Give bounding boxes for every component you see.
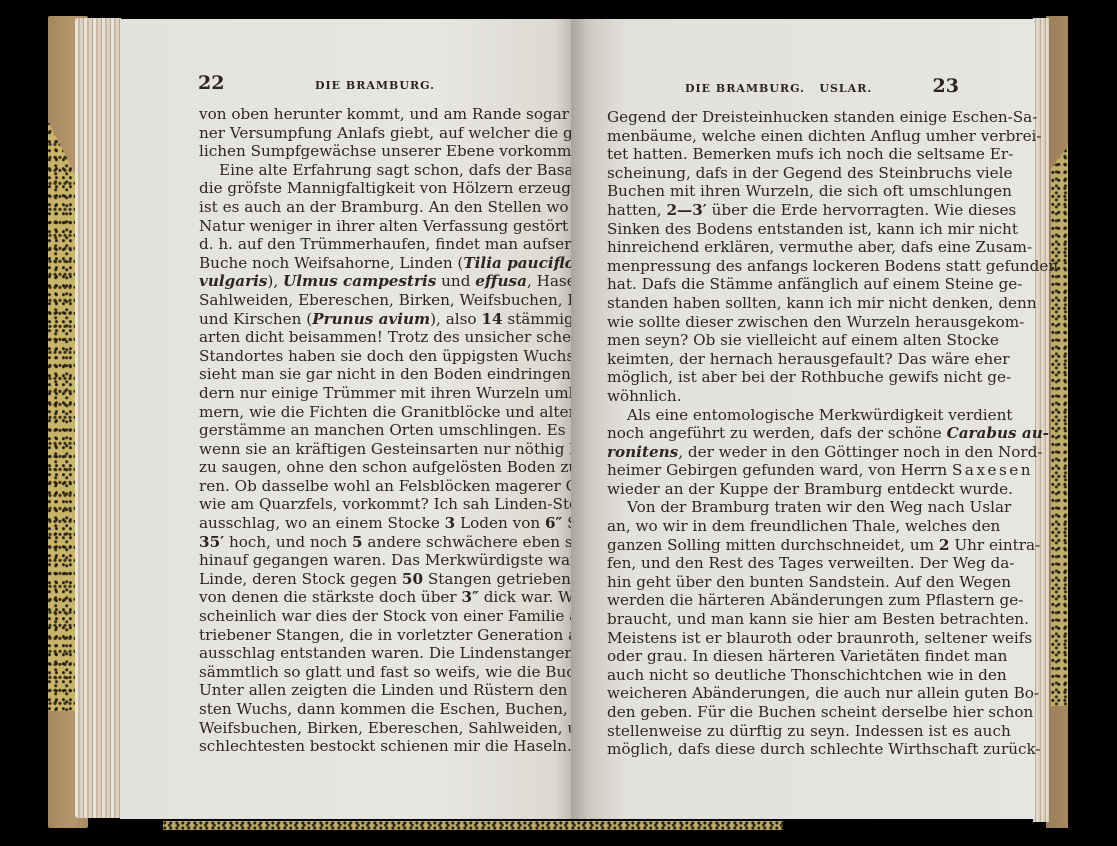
marbled-edge-bottom [163,821,783,830]
text-line: hin geht über den bunten Sandstein. Auf … [607,573,959,592]
text-line: menbäume, welche einen dichten Anflug um… [607,127,959,146]
running-title: DIE BRAMBURG. USLAR. [685,82,872,95]
text-line: werden die härteren Abänderungen zum Pfl… [607,591,959,610]
text-line: Gegend der Dreisteinhucken standen einig… [607,108,959,127]
text-line: standen haben sollten, kann ich mir nich… [607,294,959,313]
text-line: schlechtesten bestockt schienen mir die … [199,737,553,756]
text-line: men seyn? Ob sie vielleicht auf einem al… [607,331,959,350]
text-line: sieht man sie gar nicht in den Boden ein… [199,365,553,384]
text-line: Als eine entomologische Merkwürdigkeit v… [607,406,959,425]
text-line: Buche noch Weifsahorne, Linden (Tilia pa… [199,254,553,273]
right-page-body-text: Gegend der Dreisteinhucken standen einig… [607,108,959,759]
text-line: dern nur einige Trümmer mit ihren Wurzel… [199,384,553,403]
text-line: Standortes haben sie doch den üppigsten … [199,347,553,366]
text-line: menpressung des anfangs lockeren Bodens … [607,257,959,276]
text-line: von oben herunter kommt, und am Rande so… [199,105,553,124]
text-line: Von der Bramburg traten wir den Weg nach… [607,498,959,517]
text-line: d. h. auf den Trümmerhaufen, findet man … [199,235,553,254]
text-line: braucht, und man kann sie hier am Besten… [607,610,959,629]
text-line: Sinken des Bodens entstanden ist, kann i… [607,220,959,239]
text-line: Weifsbuchen, Birken, Ebereschen, Sahlwei… [199,719,553,738]
page-number: 23 [933,75,959,97]
text-line: ist es auch an der Bramburg. An den Stel… [199,198,553,217]
text-line: Linde, deren Stock gegen 50 Stangen getr… [199,570,553,589]
text-line: wieder an der Kuppe der Bramburg entdeck… [607,480,959,499]
text-line: Natur weniger in ihrer alten Verfassung … [199,217,553,236]
text-line: wenn sie an kräftigen Gesteinsarten nur … [199,440,553,459]
text-line: den geben. Für die Buchen scheint dersel… [607,703,959,722]
text-line: keimten, der hernach herausgefault? Das … [607,350,959,369]
left-page: 22 DIE BRAMBURG. von oben herunter kommt… [120,19,573,819]
text-line: mern, wie die Fichten die Granitblöcke u… [199,403,553,422]
open-book: 22 DIE BRAMBURG. von oben herunter kommt… [43,16,1069,831]
text-line: wöhnlich. [607,387,959,406]
text-line: arten dicht beisammen! Trotz des unsiche… [199,328,553,347]
running-title: DIE BRAMBURG. [315,79,435,92]
text-line: Meistens ist er blauroth oder braunroth,… [607,629,959,648]
text-line: ganzen Solling mitten durchschneidet, um… [607,536,959,555]
text-line: ronitens, der weder in den Göttinger noc… [607,443,959,462]
text-line: stellenweise zu dürftig zu seyn. Indesse… [607,722,959,741]
text-line: sten Wuchs, dann kommen die Eschen, Buch… [199,700,553,719]
text-line: Eine alte Erfahrung sagt schon, dafs der… [199,161,553,180]
text-line: und Kirschen (Prunus avium), also 14 stä… [199,310,553,329]
text-line: scheinlich war dies der Stock von einer … [199,607,553,626]
text-line: tet hatten. Bemerken mufs ich noch die s… [607,145,959,164]
right-page-header: DIE BRAMBURG. USLAR. 23 [607,79,959,103]
text-line: möglich, ist aber bei der Rothbuche gewi… [607,368,959,387]
text-line: vulgaris), Ulmus campestris und effusa, … [199,272,553,291]
text-line: hinreichend erklären, vermuthe aber, daf… [607,238,959,257]
text-line: sämmtlich so glatt und fast so weifs, wi… [199,663,553,682]
text-line: oder grau. In diesen härteren Varietäten… [607,647,959,666]
page-edges-left [75,18,121,818]
text-line: auch nicht so deutliche Thonschichtchen … [607,666,959,685]
text-line: ren. Ob dasselbe wohl an Felsblöcken mag… [199,477,553,496]
left-page-header: 22 DIE BRAMBURG. [198,76,553,100]
text-line: ausschlag, wo an einem Stocke 3 Loden vo… [199,514,553,533]
text-line: möglich, dafs diese durch schlechte Wirt… [607,740,959,759]
text-line: scheinung, dafs in der Gegend des Steinb… [607,164,959,183]
left-page-body-text: von oben herunter kommt, und am Rande so… [199,105,553,756]
text-line: ner Versumpfung Anlafs giebt, auf welche… [199,124,553,143]
text-line: hat. Dafs die Stämme anfänglich auf eine… [607,275,959,294]
text-line: von denen die stärkste doch über 3″ dick… [199,588,553,607]
text-line: wie sollte dieser zwischen den Wurzeln h… [607,313,959,332]
text-line: an, wo wir in dem freundlichen Thale, we… [607,517,959,536]
text-line: zu saugen, ohne den schon aufgelösten Bo… [199,458,553,477]
text-line: ausschlag entstanden waren. Die Lindenst… [199,644,553,663]
text-line: heimer Gebirgen gefunden ward, von Herrn… [607,461,959,480]
text-line: Unter allen zeigten die Linden und Rüste… [199,681,553,700]
marbled-endpaper-right [1051,146,1068,706]
text-line: 35′ hoch, und noch 5 andere schwächere e… [199,533,553,552]
text-line: noch angeführt zu werden, dafs der schön… [607,424,959,443]
text-line: Buchen mit ihren Wurzeln, die sich oft u… [607,182,959,201]
text-line: Sahlweiden, Ebereschen, Birken, Weifsbuc… [199,291,553,310]
page-number: 22 [198,72,224,94]
text-line: wie am Quarzfels, vorkommt? Ich sah Lind… [199,495,553,514]
text-line: hinauf gegangen waren. Das Merkwürdigste… [199,551,553,570]
text-line: hatten, 2—3′ über die Erde hervorragten.… [607,201,959,220]
text-line: weicheren Abänderungen, die auch nur all… [607,684,959,703]
text-line: triebener Stangen, die in vorletzter Gen… [199,626,553,645]
text-line: die gröfste Mannigfaltigkeit von Hölzern… [199,179,553,198]
text-line: fen, und den Rest des Tages verweilten. … [607,554,959,573]
text-line: lichen Sumpfgewächse unserer Ebene vorko… [199,142,553,161]
right-page: DIE BRAMBURG. USLAR. 23 Gegend der Dreis… [571,19,1035,819]
text-line: gerstämme an manchen Orten umschlingen. … [199,421,553,440]
